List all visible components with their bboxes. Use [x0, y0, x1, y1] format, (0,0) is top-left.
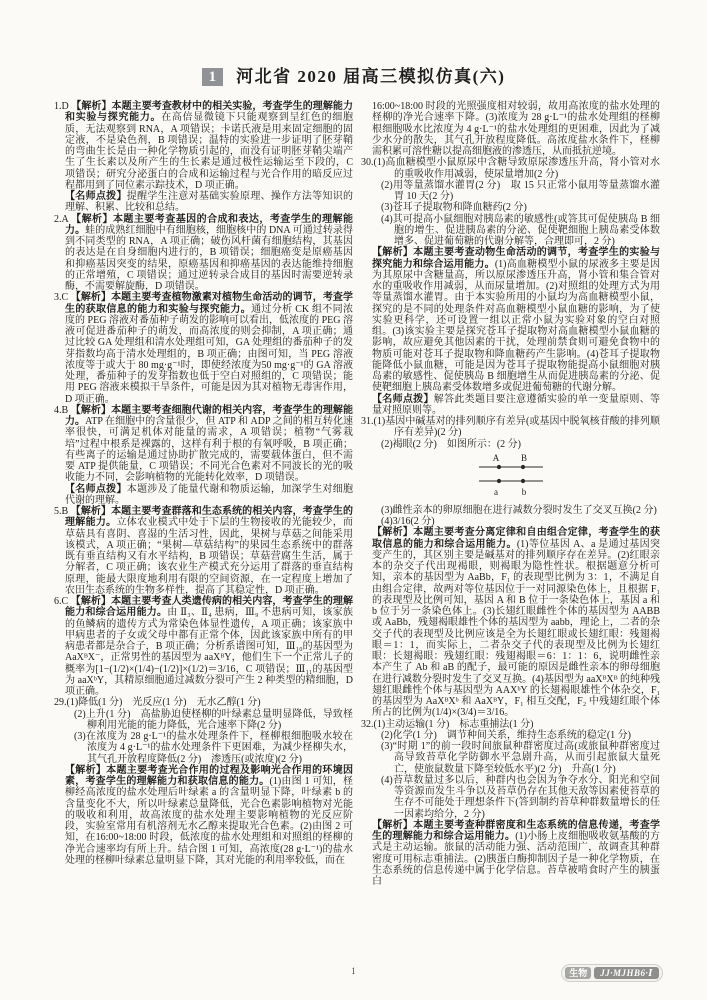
paragraph: (3)苍耳子提取物和降血糖药(2 分): [361, 202, 660, 213]
body-text: (2)用等量蒸馏水灌胃(2 分) 取 15 只正常小鼠用等量蒸馏水灌胃 10 天…: [381, 180, 660, 202]
body-text: 31.(1)基因中碱基对的排列顺序有差异(或基因中脱氧核苷酸的排列顺序有差异)(…: [361, 416, 660, 438]
body-text: ATP 在细胞中的含量很少，但 ATP 和 ADP 之间的相互转化速率很快，可满…: [65, 416, 353, 483]
paragraph: 【解析】本题主要考查光合作用的过程及影响光合作用的环境因素，考查学生的理解能力和…: [65, 765, 353, 866]
body-text: 蛙的成熟红细胞中有细胞核，细胞核中的 DNA 可通过转录得到不同类型的 RNA，…: [65, 225, 353, 292]
body-text: (1)等位基因 A、a 是通过基因突变产生的，其区别主要是碱基对的排列顺序存在差…: [372, 539, 660, 719]
allele-label-top-left: A: [492, 453, 499, 463]
body-text: (3)在浓度为 28 g·L⁻¹的盐水处理条件下，柽柳根细胞吸水较在浓度为 4 …: [74, 731, 353, 765]
paragraph: (4)苔草数量过多以后，种群内也会因为争夺水分、阳光和空间等资源而发生斗争以及苔…: [361, 775, 660, 820]
gene-locus-dot: [496, 465, 500, 469]
gene-locus-dot: [520, 465, 524, 469]
paragraph: (3)雌性亲本的卵原细胞在进行减数分裂时发生了交叉互换(2 分): [361, 505, 660, 516]
page-title: 河北省 2020 届高三模拟仿真(六): [236, 67, 505, 86]
paragraph: 32.(1)主动运输(1 分) 标志重捕法(1 分): [361, 719, 660, 730]
paragraph: (4)3/16(2 分): [361, 516, 660, 527]
paragraph: 6.C 【解析】本题主要考查人类遗传病的相关内容，考查学生的理解能力和综合运用能…: [54, 596, 353, 697]
answer-key-page: 1 河北省 2020 届高三模拟仿真(六) 1.D 【解析】本题主要考查教材中的…: [0, 0, 707, 1000]
page-header: 1 河北省 2020 届高三模拟仿真(六): [0, 62, 707, 87]
body-text: (2)褐眼(2 分) 如图所示：(2 分): [381, 439, 521, 450]
allele-label-bottom-left: a: [494, 487, 498, 497]
emphasis-text: 【名师点拨】: [65, 484, 127, 495]
paragraph: (2)用等量蒸馏水灌胃(2 分) 取 15 只正常小鼠用等量蒸馏水灌胃 10 天…: [361, 180, 660, 203]
paragraph: (3)在浓度为 28 g·L⁻¹的盐水处理条件下，柽柳根细胞吸水较在浓度为 4 …: [54, 731, 353, 765]
body-text: 2.A: [54, 214, 71, 225]
paragraph: 29.(1)降低(1 分) 光反应(1 分) 无水乙醇(1 分): [54, 697, 353, 708]
paragraph: (4)其可提高小鼠细胞对胰岛素的敏感性(或答其可促使胰岛 B 细胞的增生、促进胰…: [361, 214, 660, 248]
paper-code-label: JJ·MJHB6·Ⅰ: [594, 967, 659, 979]
subject-label: 生物: [565, 967, 591, 979]
body-text: 由 Ⅱ₃、Ⅱ₄ 患病，Ⅲ₉ 不患病可知，该家族的鱼鳞病的遗传方式为常染色体显性遗…: [65, 607, 353, 697]
paragraph: 1.D 【解析】本题主要考查教材中的相关实验，考查学生的理解能力和实验与探究能力…: [54, 101, 353, 191]
paragraph: 16:00~18:00 时段的光照强度相对较弱，故用高浓度的盐水处理的柽柳的净光…: [372, 101, 660, 157]
body-text: 16:00~18:00 时段的光照强度相对较弱，故用高浓度的盐水处理的柽柳的净光…: [372, 101, 660, 157]
body-text: 5.B: [54, 506, 71, 517]
body-text: (4)其可提高小鼠细胞对胰岛素的敏感性(或答其可促使胰岛 B 细胞的增生、促进胰…: [381, 214, 660, 248]
paragraph: (3)“时期 1”的前一段时间旅鼠种群密度过高(或旅鼠种群密度过高导致苔草化学防…: [361, 741, 660, 775]
body-text: 在高倍显微镜下只能观察到呈红色的细胞质，无法观察到 RNA，A 项错误；卡诺氏液…: [65, 112, 353, 191]
body-text: (2)化学(1 分) 调节种间关系，维持生态系统的稳定(1 分): [381, 730, 631, 741]
body-text: 6.C: [54, 596, 71, 607]
body-text: 4.B: [54, 405, 71, 416]
body-text: 29.(1)降低(1 分) 光反应(1 分) 无水乙醇(1 分): [54, 697, 261, 708]
allele-label-top-right: B: [520, 453, 526, 463]
paragraph: (2)上升(1 分) 高盐胁迫使柽柳的叶绿素总量明显降低，导致柽柳利用光能的能力…: [54, 709, 353, 732]
paragraph: (2)褐眼(2 分) 如图所示：(2 分): [361, 439, 660, 450]
body-text: (3)苍耳子提取物和降血糖药(2 分): [381, 202, 527, 213]
body-text: 30.(1)高血糖模型小鼠原尿中含糖导致原尿渗透压升高，肾小管对水的重吸收作用减…: [361, 157, 660, 179]
paragraph: 【名师点拨】解答此类题目要注意遵循实验的单一变量原则、等量对照原则等。: [372, 394, 660, 417]
body-text: 32.(1)主动运输(1 分) 标志重捕法(1 分): [361, 719, 533, 730]
paragraph: 【解析】本题主要考查动物生命活动的调节，考查学生的实验与探究能力和综合运用能力。…: [372, 247, 660, 393]
body-text: (2)上升(1 分) 高盐胁迫使柽柳的叶绿素总量明显降低，导致柽柳利用光能的能力…: [74, 709, 353, 731]
body-text: (4)苔草数量过多以后，种群内也会因为争夺水分、阳光和空间等资源而发生斗争以及苔…: [381, 775, 660, 820]
two-column-text-area: 1.D 【解析】本题主要考查教材中的相关实验，考查学生的理解能力和实验与探究能力…: [54, 101, 660, 887]
body-text: (4)3/16(2 分): [381, 516, 435, 527]
chromosome-pair-figure: A B a b: [469, 452, 553, 498]
allele-label-bottom-right: b: [521, 487, 526, 497]
section-number-badge: 1: [202, 68, 224, 86]
gene-linkage-diagram: A B a b: [361, 452, 660, 503]
paragraph: 4.B 【解析】本题主要考查细胞代谢的相关内容，考查学生的理解能力。ATP 在细…: [54, 405, 353, 484]
emphasis-text: 【名师点拨】: [65, 191, 127, 202]
body-text: (3)“时期 1”的前一段时间旅鼠种群密度过高(或旅鼠种群密度过高导致苔草化学防…: [381, 741, 660, 775]
body-text: (1)高血糖模型小鼠的尿液多主要是因为其原尿中含糖量高，所以原尿渗透压升高，肾小…: [372, 259, 660, 394]
gene-locus-dot: [520, 479, 524, 483]
paragraph: 【解析】本题主要考查种群密度和生态系统的信息传递，考查学生的理解能力和综合运用能…: [372, 820, 660, 888]
paragraph: 3.C 【解析】本题主要考查植物激素对植物生命活动的调节，考查学生的获取信息的能…: [54, 292, 353, 405]
paragraph: 【解析】本题主要考查分离定律和自由组合定律，考查学生的获取信息的能力和综合运用能…: [372, 527, 660, 718]
paragraph: 【名师点拨】本题涉及了能量代谢和物质运输，加深学生对细胞代谢的理解。: [65, 484, 353, 507]
paragraph: 31.(1)基因中碱基对的排列顺序有差异(或基因中脱氧核苷酸的排列顺序有差异)(…: [361, 416, 660, 439]
paragraph: 5.B 【解析】本题主要考查群落和生态系统的相关内容，考查学生的理解能力。立体农…: [54, 506, 353, 596]
body-text: (3)雌性亲本的卵原细胞在进行减数分裂时发生了交叉互换(2 分): [381, 505, 657, 516]
paragraph: 【名师点拨】提醒学生注意对基础实验原理、操作方法等知识的理解、积累、比较和总结。: [65, 191, 353, 214]
body-text: 1.D: [54, 101, 71, 112]
paragraph: 2.A 【解析】本题主要考查基因的合成和表达，考查学生的理解能力。蛙的成熟红细胞…: [54, 214, 353, 293]
right-column: 16:00~18:00 时段的光照强度相对较弱，故用高浓度的盐水处理的柽柳的净光…: [361, 101, 660, 887]
paragraph: 30.(1)高血糖模型小鼠原尿中含糖导致原尿渗透压升高，肾小管对水的重吸收作用减…: [361, 157, 660, 180]
body-text: 3.C: [54, 292, 71, 303]
body-text: 通过分析 CK 组不同浓度的 PEG 溶液对番茄种子萌发的影响可以看出，低浓度的…: [65, 304, 353, 405]
body-text: (1)由图 1 可知，柽柳经高浓度的盐水处理后叶绿素 a 的含量明显下降，叶绿素…: [65, 776, 353, 866]
footer-badge: 生物 JJ·MJHB6·Ⅰ: [561, 964, 663, 982]
paragraph: (2)化学(1 分) 调节种间关系，维持生态系统的稳定(1 分): [361, 730, 660, 741]
body-text: 立体农业模式中处于下层的生物接收的光能较少，而草菇具有喜阴、喜湿的生活习性，因此…: [65, 517, 353, 596]
left-column: 1.D 【解析】本题主要考查教材中的相关实验，考查学生的理解能力和实验与探究能力…: [54, 101, 353, 887]
emphasis-text: 【名师点拨】: [372, 394, 434, 405]
gene-locus-dot: [496, 479, 500, 483]
